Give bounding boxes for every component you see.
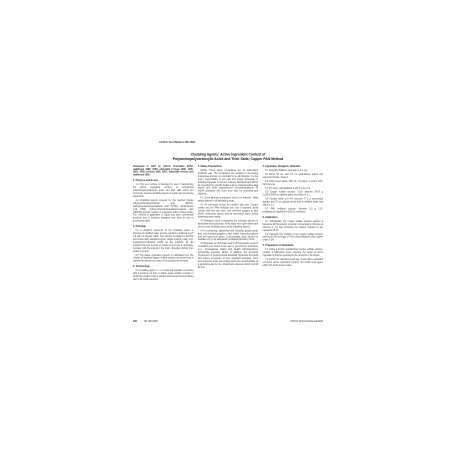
body-paragraph: 5.7 PAN indicator solution: dissolve 0.1…: [263, 207, 323, 213]
section-heading: 6. Calibration: [263, 216, 323, 219]
body-paragraph: 6.2 Calculate the molarity of the copper…: [263, 233, 323, 242]
footer-left: 290 TM 168-2005: [133, 320, 158, 323]
title-line-1: Chelating Agents: Active Ingredient Cont…: [191, 153, 266, 157]
section-heading: 2. Principle: [133, 225, 193, 228]
page-number: 290: [133, 320, 137, 323]
body-paragraph: 1.2 Chelating agents covered by this met…: [133, 199, 193, 223]
text-columns: Developed in 1987 by AATCC Committee RA6…: [133, 165, 323, 318]
page-footer: 290 TM 168-2005 AATCC Technical Manual/2…: [133, 320, 323, 323]
body-paragraph: 1.1 This test method is intended for use…: [133, 183, 193, 198]
section-heading: 7. Preparation of Standards: [263, 244, 323, 247]
body-paragraph: 6.1 Standardize the copper sulfate solut…: [263, 220, 323, 232]
body-paragraph: Developed in 1987 by AATCC Committee RA6…: [133, 165, 193, 177]
document-title: Chelating Agents: Active Ingredient Cont…: [141, 152, 316, 161]
body-paragraph: 7.1 Using a freshly standardized copper …: [263, 248, 323, 257]
footer-method-id: TM 168-2005: [143, 320, 157, 323]
body-paragraph: NOTE: These safety precautions are for i…: [198, 169, 258, 196]
section-heading: 4. Safety Precautions: [198, 165, 258, 168]
body-paragraph: 5.3 Erlenmeyer flasks, 250 mL; hot plate…: [263, 180, 323, 186]
page-content: AATCC Test Method 168-2005 Chelating Age…: [133, 141, 323, 325]
section-heading: 5. Apparatus, Reagents, Materials: [263, 165, 323, 168]
body-paragraph: 4.2 All chemicals should be handled with…: [198, 203, 258, 218]
body-paragraph: 4.5 Exposure to chemicals used in this p…: [198, 242, 258, 269]
body-paragraph: 7.2 Verify the calibration each day of u…: [263, 258, 323, 267]
body-paragraph: 4.4 In preparing, dispensing and handlin…: [198, 229, 258, 241]
body-paragraph: 5.5 Copper sulfate solution, 0.1M: disso…: [263, 191, 323, 197]
document-page: AATCC Test Method 168-2005 Chelating Age…: [133, 133, 323, 317]
document-canvas: AATCC Test Method 168-2005 Chelating Age…: [0, 0, 458, 458]
column-2: 4. Safety PrecautionsNOTE: These safety …: [198, 165, 258, 318]
body-paragraph: 2.2 The active ingredient content is cal…: [133, 254, 193, 263]
body-paragraph: 2.1 A weighed specimen of the chelating …: [133, 229, 193, 253]
column-3: 5. Apparatus, Reagents, Materials5.1 Ana…: [263, 165, 323, 318]
body-paragraph: 5.2 Buret, 50 mL, with 0.1 mL graduation…: [263, 173, 323, 179]
body-paragraph: 4.3 Methanol used in preparing the indic…: [198, 219, 258, 228]
body-paragraph: 4.1 Good laboratory practices should be …: [198, 197, 258, 203]
column-1: Developed in 1987 by AATCC Committee RA6…: [133, 165, 193, 318]
body-paragraph: 5.6 Acetate buffer, pH 4.6: dissolve 77.…: [263, 198, 323, 207]
title-line-2: Polyaminopolycarboxylic Acids and Their …: [173, 157, 283, 161]
body-paragraph: 5.1 Analytical balance, accurate to 0.1 …: [263, 169, 323, 172]
method-reference: AATCC Test Method 168-2005: [159, 141, 323, 144]
footer-manual-title: AATCC Technical Manual/2010: [290, 320, 323, 323]
body-paragraph: 3.1 chelating agent, n.—a compound capab…: [133, 269, 193, 281]
section-heading: 3. Terminology: [133, 265, 193, 268]
section-heading: 1. Purpose and Scope: [133, 179, 193, 182]
body-paragraph: 5.4 pH meter, standardized at pH 4.0 and…: [263, 187, 323, 190]
